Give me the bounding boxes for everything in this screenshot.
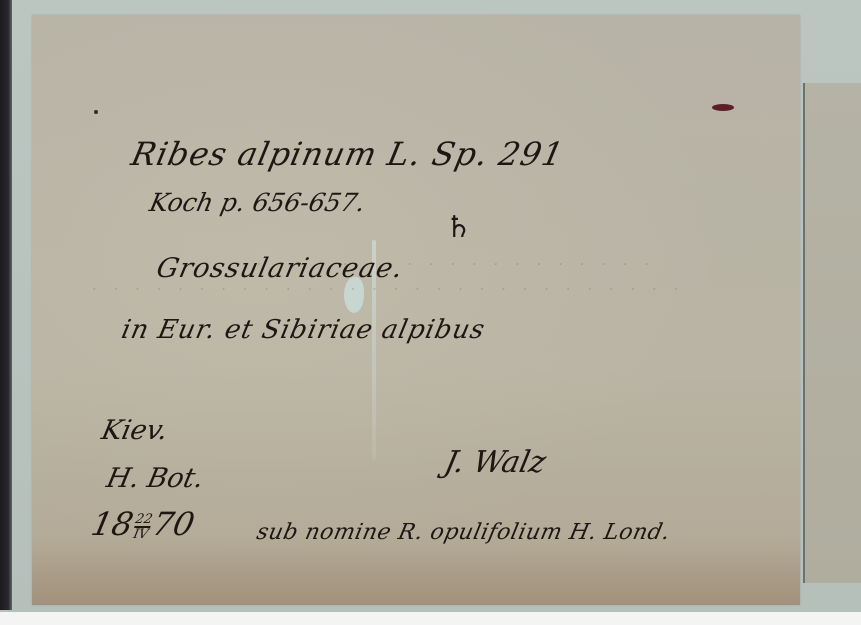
adjacent-label — [803, 83, 861, 583]
locality-city: Kiev. — [99, 415, 171, 446]
date-day: 22 — [134, 513, 154, 528]
collector-name: J. Walz — [441, 445, 549, 480]
herbarium-label: · · · · · · · · · · · · · · · · · · · · … — [32, 15, 800, 605]
collection-date: 1822IV70 — [88, 505, 198, 543]
locality-garden: H. Bot. — [104, 463, 207, 494]
distribution: in Eur. et Sibiriae alpibus — [119, 315, 488, 345]
literature-reference: Koch p. 656-657. — [147, 188, 368, 217]
water-stain — [32, 545, 800, 605]
frame-edge — [0, 0, 12, 610]
date-month: IV — [131, 528, 150, 541]
synonym-note: sub nomine R. opulifolium H. Lond. — [254, 520, 672, 545]
species-name: Ribes alpinum L. Sp. 291 — [128, 135, 568, 173]
date-century: 18 — [88, 505, 137, 543]
family-name: Grossulariaceae. — [154, 253, 407, 284]
shrub-symbol: ♄ — [445, 210, 472, 245]
date-year: 70 — [149, 505, 198, 543]
bottom-margin — [0, 612, 861, 625]
red-ink-mark — [712, 104, 734, 111]
ink-speck — [94, 110, 98, 114]
